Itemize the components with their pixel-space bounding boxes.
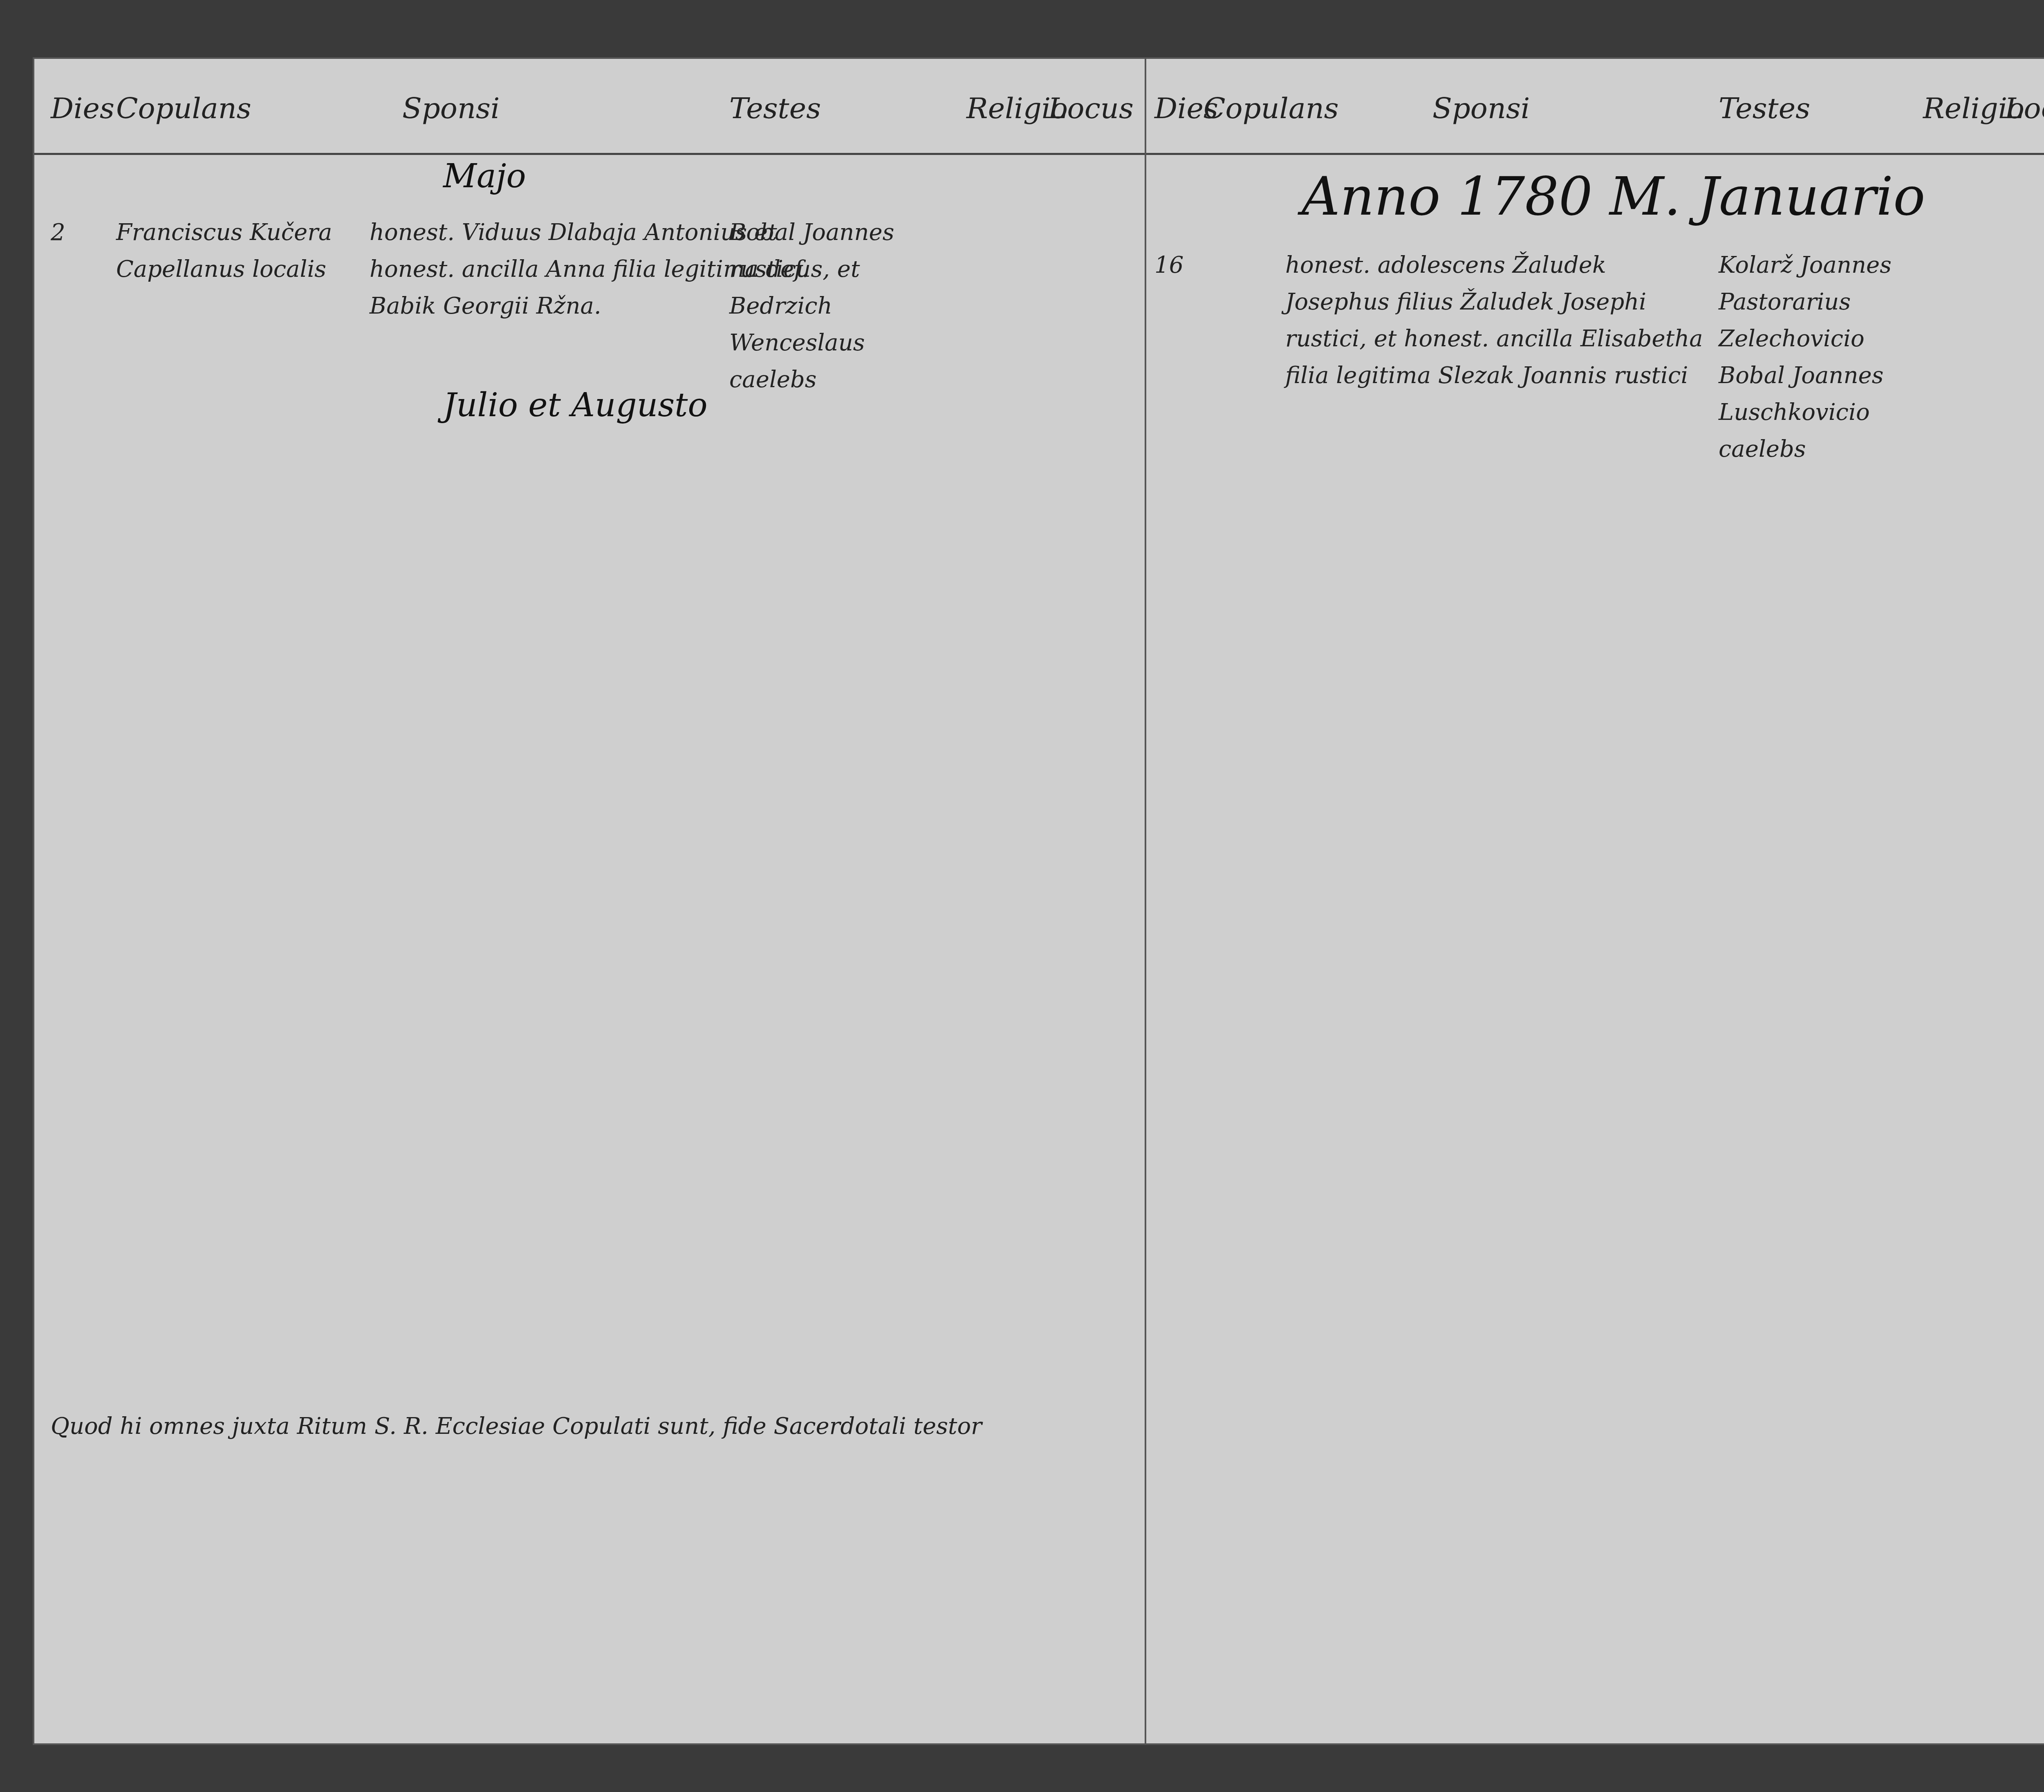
- month-heading: Majo: [443, 157, 526, 195]
- copulans: Franciscus Kučera Capellanus localis: [116, 214, 361, 288]
- header-testes: Testes: [729, 92, 821, 125]
- right-page: Dies Copulans Sponsi Testes Religio Locu…: [1145, 57, 2044, 1745]
- header-copulans: Copulans: [1204, 92, 1339, 125]
- sponsi: honest. adolescens Žaludek Josephus fili…: [1285, 247, 1715, 394]
- divider: [34, 153, 1146, 155]
- testes: Bobal Joannes rusticus, et Bedrzich Wenc…: [729, 214, 954, 398]
- header-sponsi: Sponsi: [1432, 92, 1530, 125]
- header-dies: Dies: [51, 92, 114, 125]
- day: 16: [1154, 247, 1183, 284]
- testes: Kolarž Joannes Pastorarius Zelechovicio …: [1719, 247, 1923, 468]
- header-copulans: Copulans: [116, 92, 251, 125]
- header-locus: Locus: [1048, 92, 1134, 125]
- note: Quod hi omnes juxta Ritum S. R. Ecclesia…: [51, 1408, 1073, 1445]
- day: 2: [51, 214, 65, 251]
- year-title: Anno 1780 M. Januario: [1302, 165, 1925, 227]
- left-page: Dies Copulans Sponsi Testes Religio Locu…: [33, 57, 1148, 1745]
- divider: [1146, 153, 2044, 155]
- header-testes: Testes: [1719, 92, 1810, 125]
- header-sponsi: Sponsi: [402, 92, 500, 125]
- header-locus: Locus: [2005, 92, 2044, 125]
- month-heading: Julio et Augusto: [443, 386, 708, 424]
